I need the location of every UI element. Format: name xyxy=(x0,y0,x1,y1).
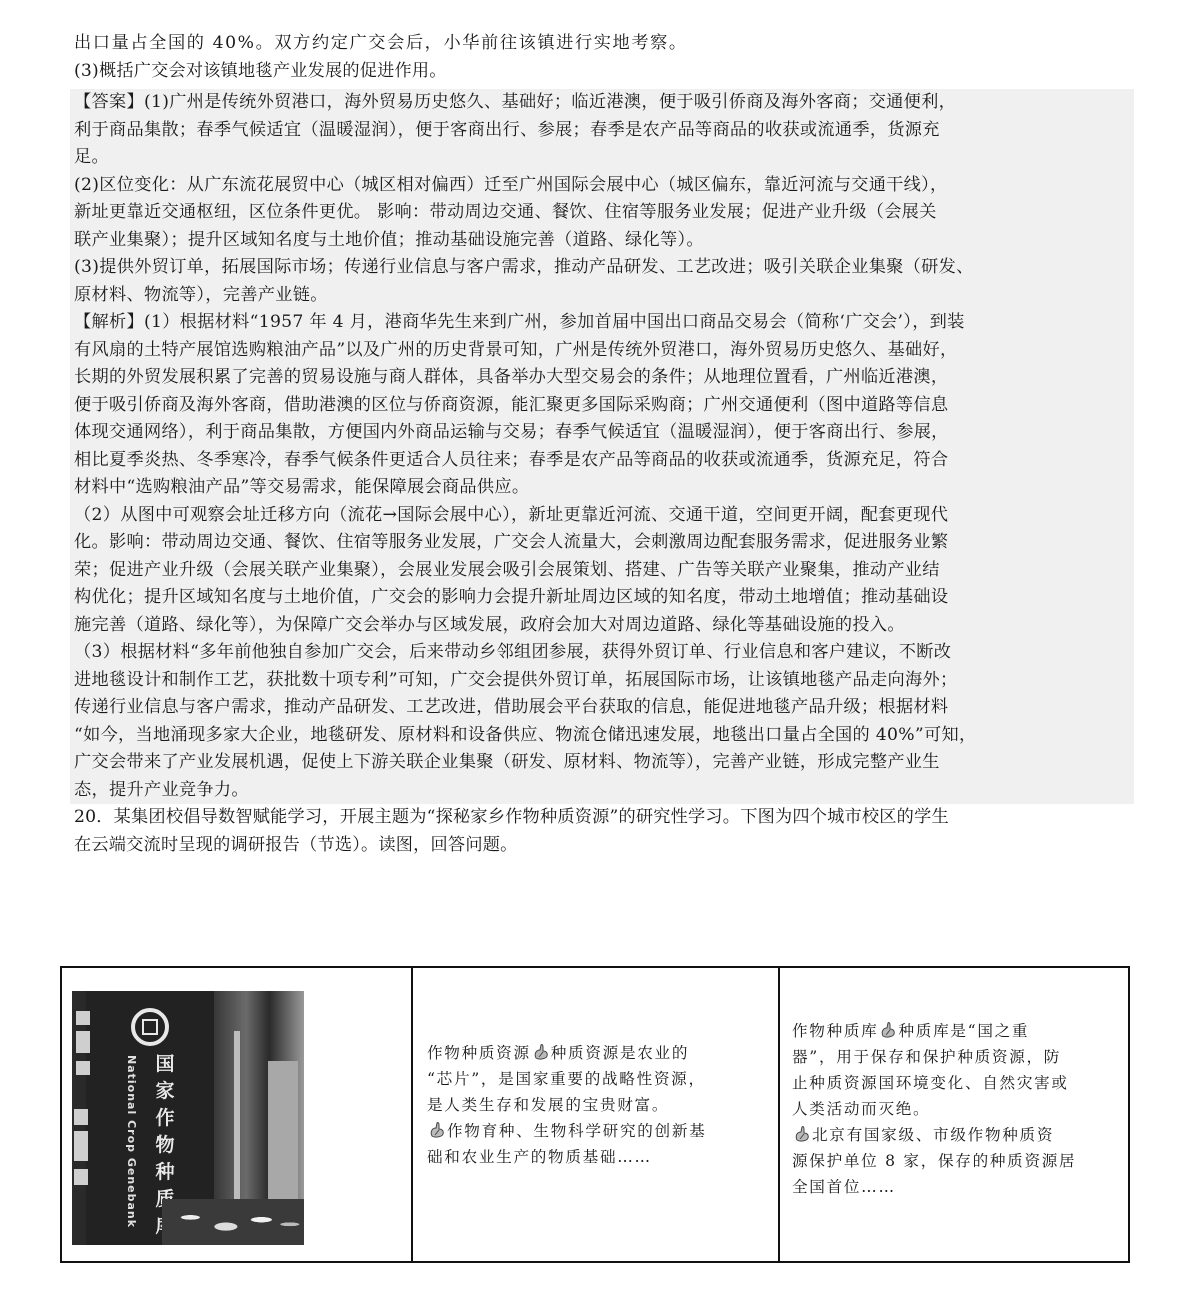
analysis-line: 广交会带来了产业发展机遇，促使上下游关联企业集聚（研发、原材料、物流等），完善产… xyxy=(74,749,1134,777)
analysis-line: 便于吸引侨商及海外客商，借助港澳的区位与侨商资源，能汇聚更多国际采购商；广州交通… xyxy=(74,392,1134,420)
analysis-line: 传递行业信息与客户需求，推动产品研发、工艺改进，借助展会平台获取的信息，能促进地… xyxy=(74,694,1134,722)
analysis-line: 态，提升产业竞争力。 xyxy=(74,777,1134,805)
analysis-line: 相比夏季炎热、冬季寒冷，春季气候条件更适合人员往来；春季是农产品等商品的收获或流… xyxy=(74,447,1134,475)
answer-analysis-block: 【答案】(1)广州是传统外贸港口，海外贸易历史悠久、基础好；临近港澳，便于吸引侨… xyxy=(70,89,1134,804)
answer-line: 足。 xyxy=(74,144,1134,172)
analysis-line: 荣；促进产业升级（会展关联产业集聚），会展业发展会吸引会展策划、搭建、广告等关联… xyxy=(74,557,1134,585)
leaf-hand-icon xyxy=(880,1022,896,1038)
analysis-line: 构优化；提升区域知名度与土地价值，广交会的影响力会提升新址周边区域的知名度，带动… xyxy=(74,584,1134,612)
germplasm-resource-text: 作物种质资源种质资源是农业的 “芯片”，是国家重要的战略性资源， 是人类生存和发… xyxy=(427,1040,706,1170)
genebank-logo-icon xyxy=(131,1008,169,1046)
visitors-crowd xyxy=(162,1199,304,1245)
germplasm-resource-cell: 作物种质资源种质资源是农业的 “芯片”，是国家重要的战略性资源， 是人类生存和发… xyxy=(413,968,780,1261)
analysis-line: 化。影响：带动周边交通、餐饮、住宿等服务业发展，广交会人流量大，会刺激周边配套服… xyxy=(74,529,1134,557)
analysis-line: 【解析】(1）根据材料“1957 年 4 月，港商华先生来到广州，参加首届中国出… xyxy=(74,309,1134,337)
leaf-hand-icon xyxy=(794,1126,810,1142)
material-tail: 出口量占全国的 40%。双方约定广交会后，小华前往该镇进行实地考察。 xyxy=(74,30,1136,58)
analysis-line: “如今，当地涌现多家大企业，地毯研发、原材料和设备供应、物流仓储迅速发展，地毯出… xyxy=(74,722,1134,750)
question-20-line: 20．某集团校倡导数智赋能学习，开展主题为“探秘家乡作物种质资源”的研究性学习。… xyxy=(74,804,1136,832)
answer-line: 新址更靠近交通枢纽，区位条件更优。 影响：带动周边交通、餐饮、住宿等服务业发展；… xyxy=(74,199,1134,227)
analysis-line: 材料中“选购粮油产品”等交易需求，能保障展会商品供应。 xyxy=(74,474,1134,502)
answer-line: (2)区位变化：从广东流花展贸中心（城区相对偏西）迁至广州国际会展中心（城区偏东… xyxy=(74,172,1134,200)
analysis-line: 长期的外贸发展积累了完善的贸易设施与商人群体，具备举办大型交易会的条件；从地理位… xyxy=(74,364,1134,392)
question-20-line: 在云端交流时呈现的调研报告（节选）。读图，回答问题。 xyxy=(74,832,1136,860)
answer-line: 【答案】(1)广州是传统外贸港口，海外贸易历史悠久、基础好；临近港澳，便于吸引侨… xyxy=(74,89,1134,117)
answer-line: 原材料、物流等），完善产业链。 xyxy=(74,282,1134,310)
answer-line: (3)提供外贸订单，拓展国际市场；传递行业信息与客户需求，推动产品研发、工艺改进… xyxy=(74,254,1134,282)
analysis-line: （2）从图中可观察会址迁移方向（流花→国际会展中心），新址更靠近河流、交通干道，… xyxy=(74,502,1134,530)
analysis-line: 体现交通网络），利于商品集散，方便国内外商品运输与交易；春季气候适宜（温暖湿润）… xyxy=(74,419,1134,447)
germplasm-bank-cell: 作物种质库种质库是“国之重 器”，用于保存和保护种质资源，防 止种质资源国环境变… xyxy=(780,968,1128,1261)
question-19-part-3: (3)概括广交会对该镇地毯产业发展的促进作用。 xyxy=(74,58,1136,86)
genebank-photo: 国 家 作 物 种 质 库 National Crop Genebank xyxy=(72,991,304,1245)
analysis-line: 进地毯设计和制作工艺，获批数十项专利”可知，广交会提供外贸订单，拓展国际市场，让… xyxy=(74,667,1134,695)
photo-cell: 国 家 作 物 种 质 库 National Crop Genebank xyxy=(62,968,413,1261)
analysis-line: 施完善（道路、绿化等），为保障广交会举办与区域发展，政府会加大对周边道路、绿化等… xyxy=(74,612,1134,640)
leaf-hand-icon xyxy=(533,1044,549,1060)
research-report-table: 国 家 作 物 种 质 库 National Crop Genebank 作物种… xyxy=(60,966,1130,1263)
document-page: 出口量占全国的 40%。双方约定广交会后，小华前往该镇进行实地考察。 (3)概括… xyxy=(74,30,1136,859)
answer-line: 利于商品集散；春季气候适宜（温暖湿润），便于客商出行、参展；春季是农产品等商品的… xyxy=(74,117,1134,145)
genebank-sign-english: National Crop Genebank xyxy=(125,1055,138,1228)
answer-line: 联产业集聚）；提升区域知名度与土地价值；推动基础设施完善（道路、绿化等）。 xyxy=(74,227,1134,255)
analysis-line: 有风扇的土特产展馆选购粮油产品”以及广州的历史背景可知，广州是传统外贸港口，海外… xyxy=(74,337,1134,365)
germplasm-bank-text: 作物种质库种质库是“国之重 器”，用于保存和保护种质资源，防 止种质资源国环境变… xyxy=(792,1018,1076,1200)
leaf-hand-icon xyxy=(429,1122,445,1138)
analysis-line: （3）根据材料“多年前他独自参加广交会，后来带动乡邻组团参展，获得外贸订单、行业… xyxy=(74,639,1134,667)
